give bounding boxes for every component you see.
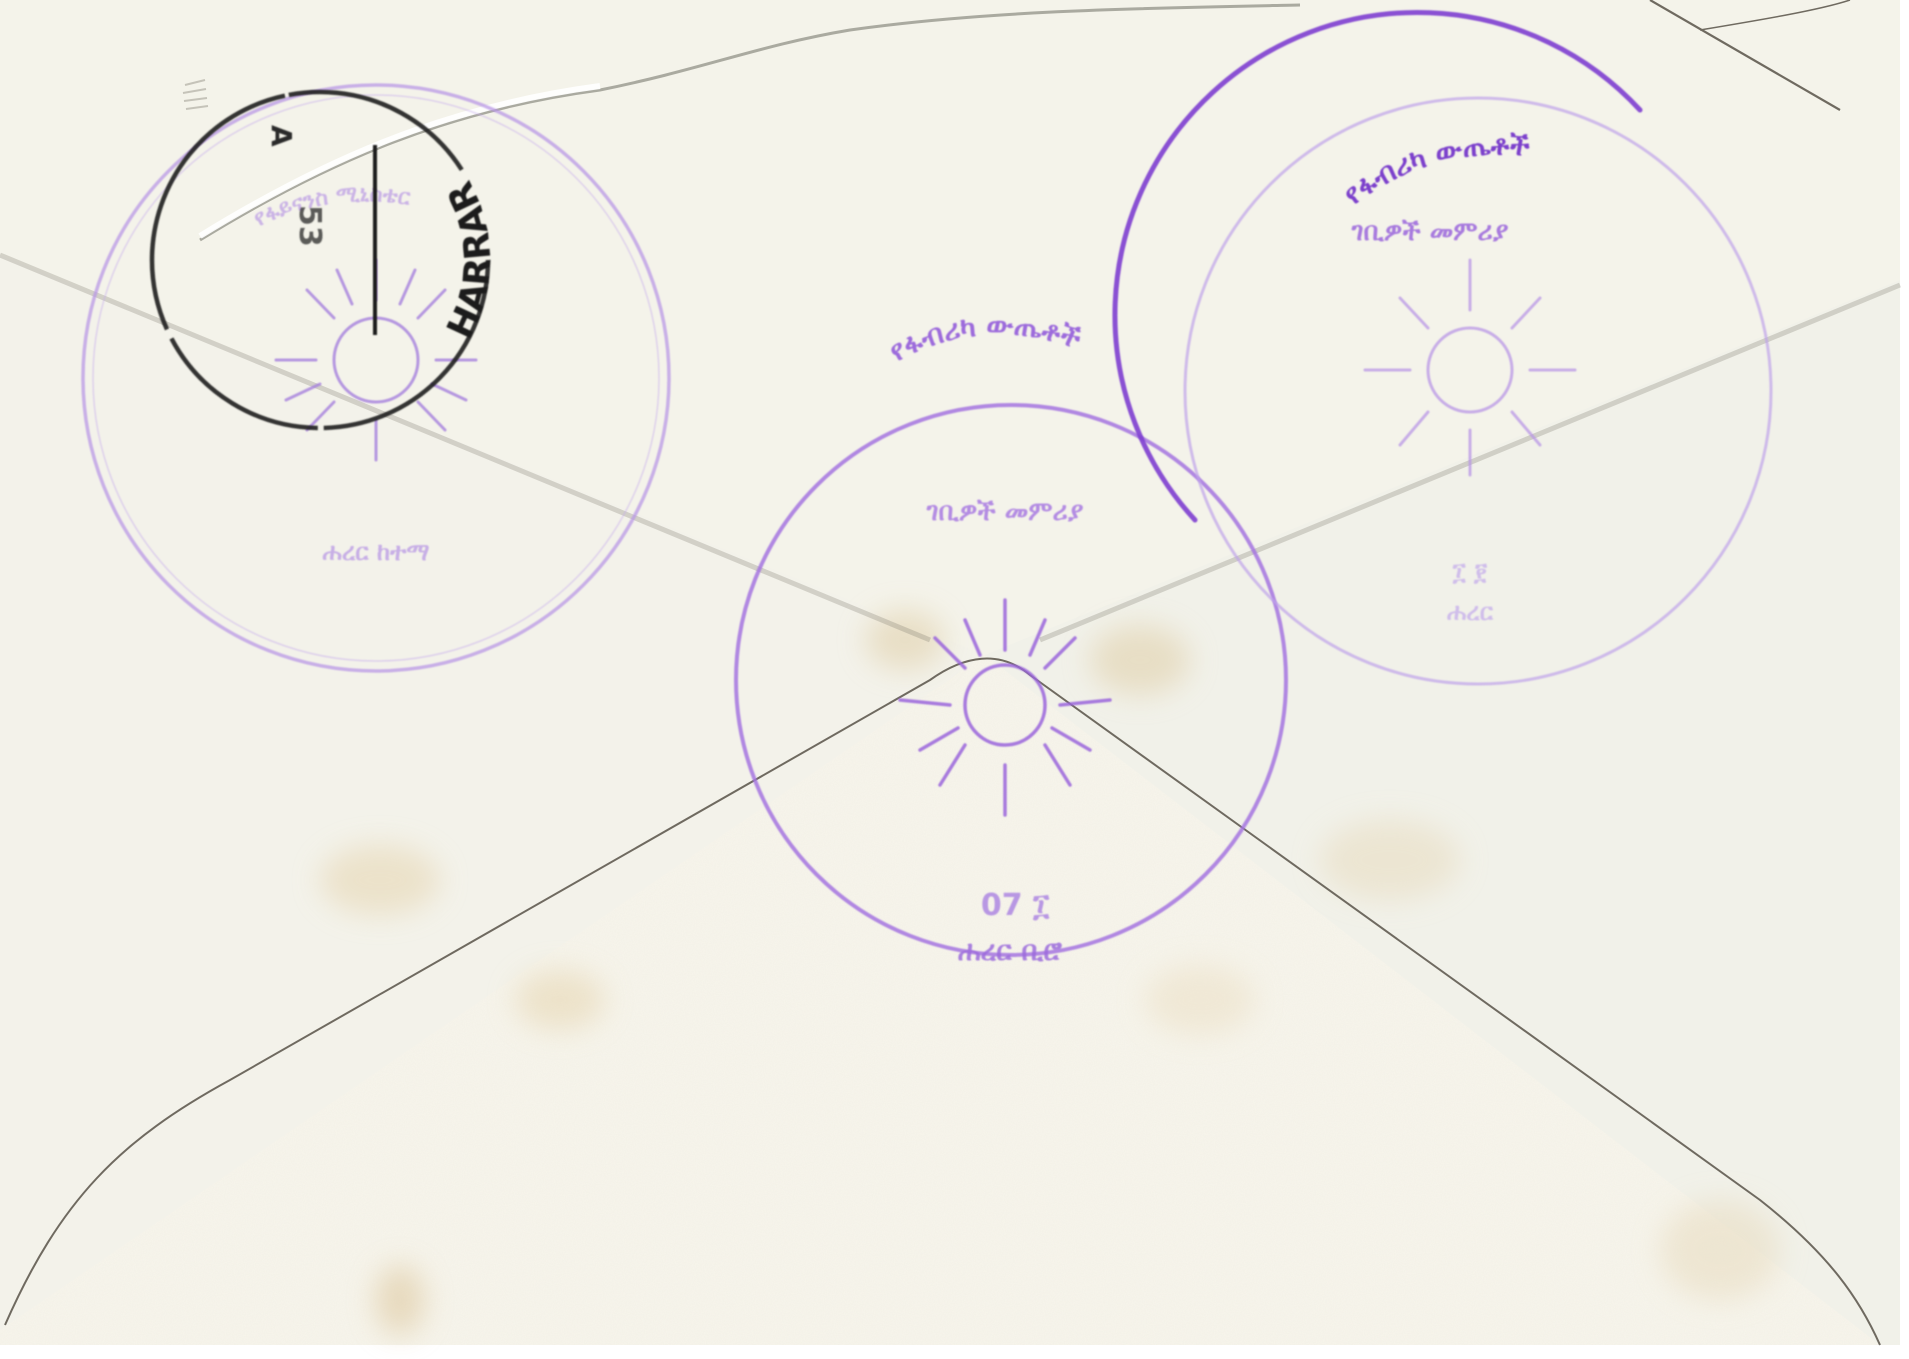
center-seal-inscription-bottom: ሐረር ቢሮ <box>958 934 1062 967</box>
right-seal-date: ፲ ፻ <box>1452 558 1488 586</box>
right-seal-inscription-line2: ገቢዎች መምሪያ <box>1351 217 1509 247</box>
center-seal-inscription-line2: ገቢዎች መምሪያ <box>926 497 1084 527</box>
left-seal-inscription-bottom: ሐረር ከተማ <box>323 538 430 566</box>
envelope-scene: የፋይናንስ ሚኒስቴር ሐረር ከተማ የፋብሪካ ውጤቶች ገቢዎች መምሪ… <box>0 0 1909 1359</box>
postmark-date: 53 <box>292 205 327 247</box>
postmark-index-letter: A <box>265 125 298 147</box>
right-seal-inscription-bottom: ሐረር <box>1447 598 1494 626</box>
center-seal-date: 07 ፲ <box>981 888 1050 923</box>
